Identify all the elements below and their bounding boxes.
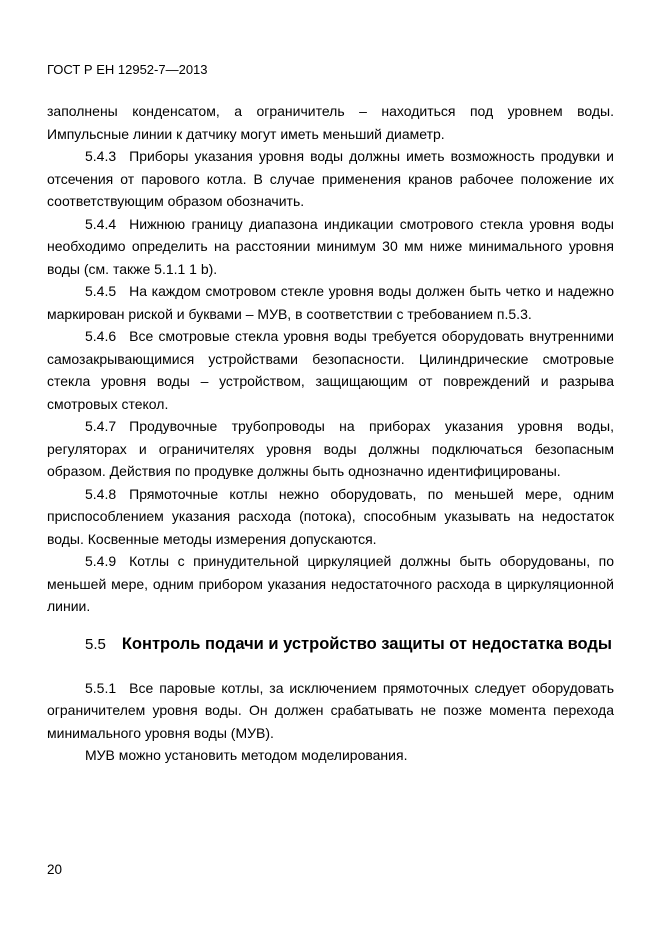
clause-text: Приборы указания уровня воды должны имет… [47,148,614,209]
clause-text: Прямоточные котлы нежно оборудовать, по … [47,486,614,547]
paragraph-muv-note: МУВ можно установить методом моделирован… [47,744,614,767]
paragraph-5-4-8: 5.4.8Прямоточные котлы нежно оборудовать… [47,483,614,551]
page-number: 20 [47,862,62,877]
section-title: Контроль подачи и устройство защиты от н… [122,635,612,653]
paragraph-5-4-6: 5.4.6Все смотровые стекла уровня воды тр… [47,325,614,415]
clause-text: На каждом смотровом стекле уровня воды д… [47,283,614,322]
clause-text: заполнены конденсатом, а ограничитель – … [47,103,614,142]
clause-text: МУВ можно установить методом моделирован… [85,747,407,763]
section-heading-5-5: 5.5Контроль подачи и устройство защиты о… [47,632,614,657]
clause-text: Продувочные трубопроводы на приборах ука… [47,418,614,479]
clause-number: 5.4.5 [85,283,129,299]
paragraph-5-5-1: 5.5.1Все паровые котлы, за исключением п… [47,677,614,745]
clause-number: 5.4.9 [85,553,129,569]
clause-number: 5.4.6 [85,328,129,344]
clause-number: 5.4.8 [85,486,129,502]
paragraph-continuation: заполнены конденсатом, а ограничитель – … [47,100,614,145]
clause-number: 5.4.3 [85,148,129,164]
clause-number: 5.4.7 [85,418,129,434]
clause-text: Котлы с принудительной циркуляцией должн… [47,553,614,614]
paragraph-5-4-4: 5.4.4Нижнюю границу диапазона индикации … [47,213,614,281]
paragraph-5-4-7: 5.4.7Продувочные трубопроводы на прибора… [47,415,614,483]
document-header: ГОСТ Р ЕН 12952-7—2013 [47,62,614,78]
paragraph-5-4-5: 5.4.5На каждом смотровом стекле уровня в… [47,280,614,325]
clause-number: 5.4.4 [85,216,129,232]
clause-number: 5.5.1 [85,680,129,696]
clause-text: Все паровые котлы, за исключением прямот… [47,680,614,741]
clause-text: Нижнюю границу диапазона индикации смотр… [47,216,614,277]
paragraph-5-4-9: 5.4.9Котлы с принудительной циркуляцией … [47,550,614,618]
paragraph-5-4-3: 5.4.3Приборы указания уровня воды должны… [47,145,614,213]
document-page: ГОСТ Р ЕН 12952-7—2013 заполнены конденс… [0,0,661,935]
section-number: 5.5 [85,636,122,653]
clause-text: Все смотровые стекла уровня воды требует… [47,328,614,412]
